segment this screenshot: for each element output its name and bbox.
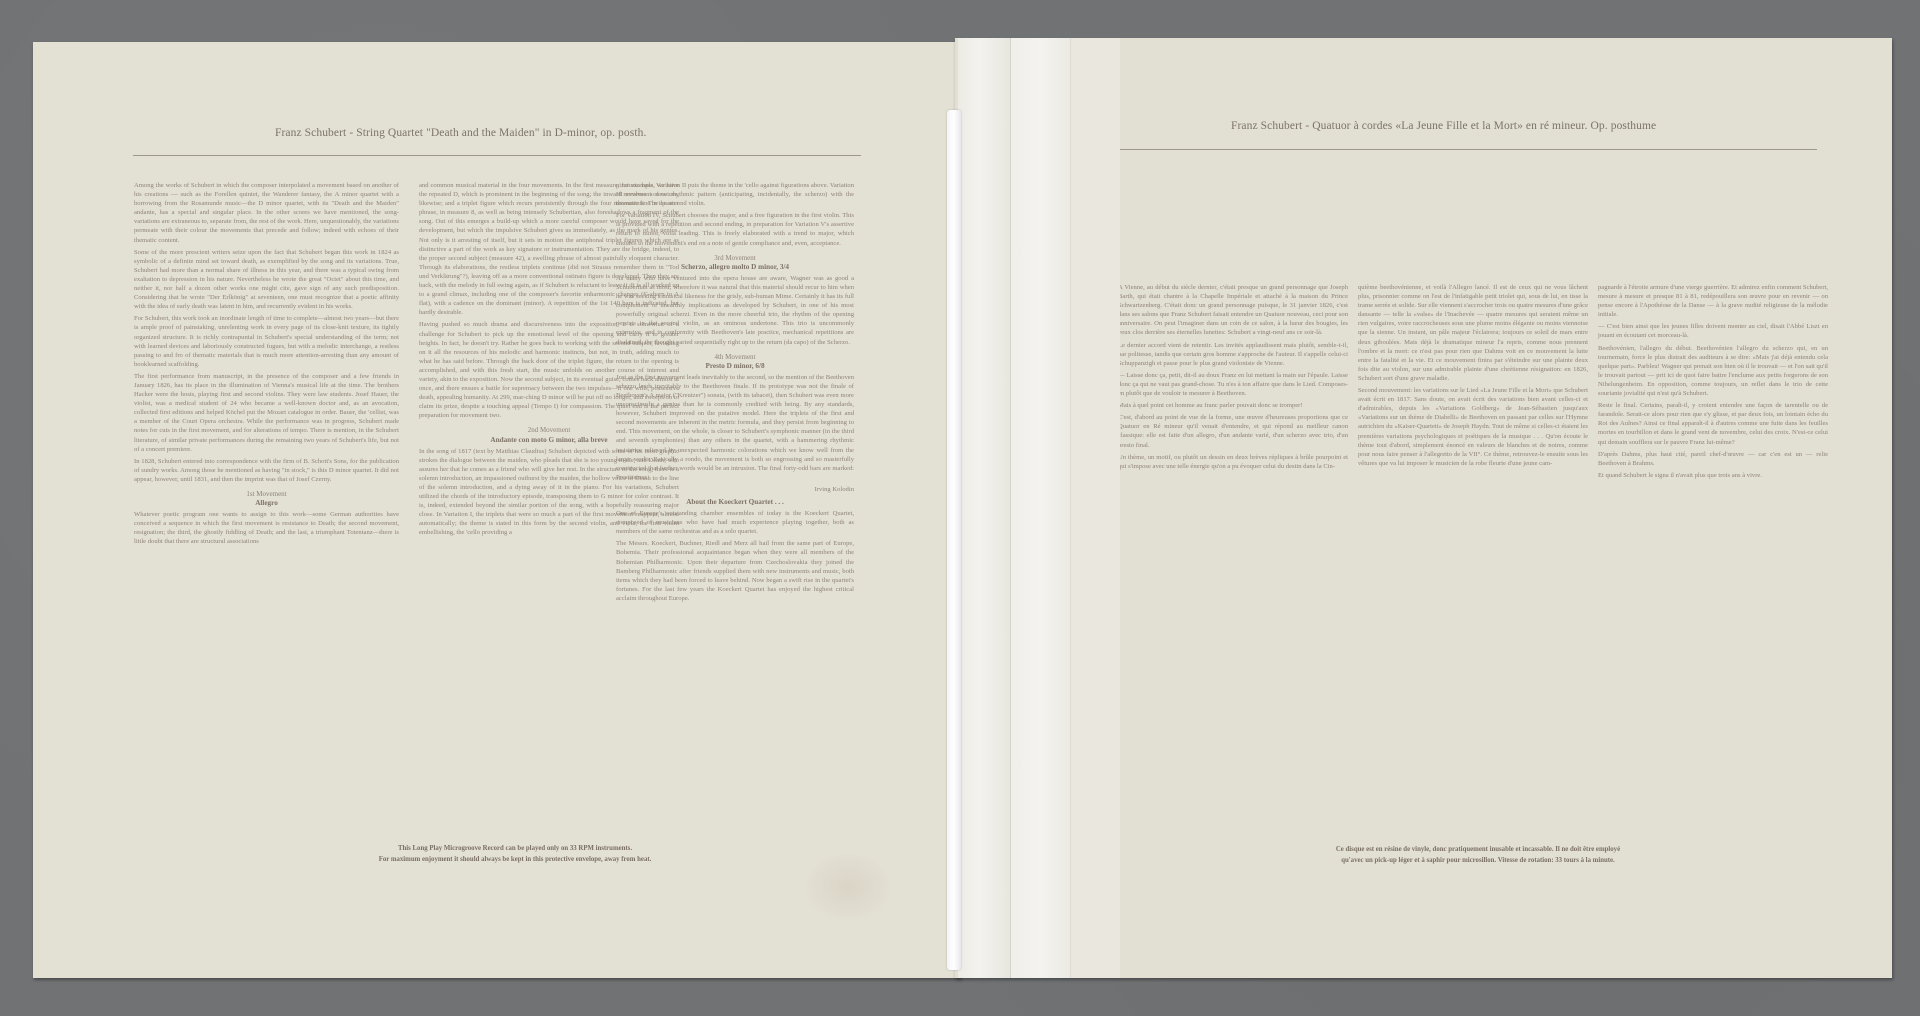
paragraph: pagnarde à l'étroite armure d'une vierge…: [1598, 283, 1828, 319]
right-page-header: Franz Schubert - Quatuor à cordes «La Je…: [1231, 120, 1656, 132]
paragraph: Un thème, un motif, ou plutôt un dessin …: [1118, 453, 1348, 471]
paragraph: Some of the more prescient writers seize…: [134, 248, 399, 312]
footer-line: qu'avec un pick-up léger et à saphir pou…: [1273, 855, 1683, 866]
paragraph: The Messrs. Koeckert, Buchner, Riedl and…: [616, 539, 854, 603]
paragraph: D'après Dahms, plus haut cité, pareil ch…: [1598, 450, 1828, 468]
paragraph: As many who have ventured into the opera…: [616, 274, 854, 347]
paragraph: Le dernier accord vient de retentir. Les…: [1118, 341, 1348, 368]
footer-line: This Long Play Microgroove Record can be…: [315, 843, 715, 854]
right-column-3: pagnarde à l'étroite armure d'une vierge…: [1598, 283, 1828, 483]
paragraph: Whatever poetic program one wants to ass…: [134, 510, 399, 546]
left-footer-note: This Long Play Microgroove Record can be…: [315, 843, 715, 865]
left-column-3: pizzicato bass. Variation II puts the th…: [616, 181, 854, 606]
paragraph: — C'est bien ainsi que les jeunes filles…: [1598, 322, 1828, 340]
footer-line: Ce disque est en résine de vinyle, donc …: [1273, 844, 1683, 855]
right-footer-note: Ce disque est en résine de vinyle, donc …: [1273, 844, 1683, 866]
left-header-rule: [133, 155, 861, 156]
paragraph: For Variation IV, Schubert chooses the m…: [616, 211, 854, 247]
paragraph: Mais à quel point cet homme au franc par…: [1118, 401, 1348, 410]
movement-number: 1st Movement: [134, 490, 399, 499]
sleeve-white-tab: [947, 110, 961, 970]
paragraph: C'est, d'abord au point de vue de la for…: [1118, 413, 1348, 449]
paragraph: — Laisse donc ça, petit, dit-il au doux …: [1118, 371, 1348, 398]
paragraph: One of Europe's outstanding chamber ense…: [616, 509, 854, 536]
paper-stain: [803, 852, 893, 922]
right-column-2: quième beethovénienne, et voilà l'Allegr…: [1358, 283, 1588, 471]
paragraph: The first performance from manuscript, i…: [134, 372, 399, 454]
paragraph: quième beethovénienne, et voilà l'Allegr…: [1358, 283, 1588, 383]
paragraph: Among the works of Schubert in which the…: [134, 181, 399, 245]
movement-title: Presto D minor, 6/8: [616, 362, 854, 371]
inner-sleeve-overlap: [1070, 38, 1120, 978]
paragraph: Reste le final. Certains, paraît-il, y c…: [1598, 401, 1828, 446]
inner-sleeve-edge: [958, 38, 1010, 978]
paragraph: Second mouvement: les variations sur le …: [1358, 386, 1588, 468]
left-column-1: Among the works of Schubert in which the…: [134, 181, 399, 550]
paragraph: Just as the first movement leads inevita…: [616, 373, 854, 482]
movement-number: 3rd Movement: [616, 254, 854, 263]
movement-title: Scherzo, allegro molto D minor, 3/4: [616, 263, 854, 272]
inner-sleeve-fold: [1010, 38, 1070, 978]
right-header-rule: [1117, 149, 1817, 150]
author-signature: Irving Kolodin: [616, 485, 854, 494]
left-page-header: Franz Schubert - String Quartet "Death a…: [275, 127, 646, 139]
right-column-1: A Vienne, au début du siècle dernier, c'…: [1118, 283, 1348, 474]
left-liner-page: Franz Schubert - String Quartet "Death a…: [33, 42, 961, 978]
movement-title: Allegro: [134, 499, 399, 508]
paragraph: Beethovénien, l'allegro du début. Beetho…: [1598, 344, 1828, 399]
movement-number: 4th Movement: [616, 353, 854, 362]
paragraph: In 1828, Schubert entered into correspon…: [134, 457, 399, 484]
about-heading: About the Koeckert Quartet . . .: [616, 498, 854, 507]
paragraph: Et quand Schubert le signa il n'avait pl…: [1598, 471, 1828, 480]
paragraph: pizzicato bass. Variation II puts the th…: [616, 181, 854, 208]
paragraph: A Vienne, au début du siècle dernier, c'…: [1118, 283, 1348, 338]
footer-line: For maximum enjoyment it should always b…: [315, 854, 715, 865]
paragraph: For Schubert, this work took an inordina…: [134, 314, 399, 369]
